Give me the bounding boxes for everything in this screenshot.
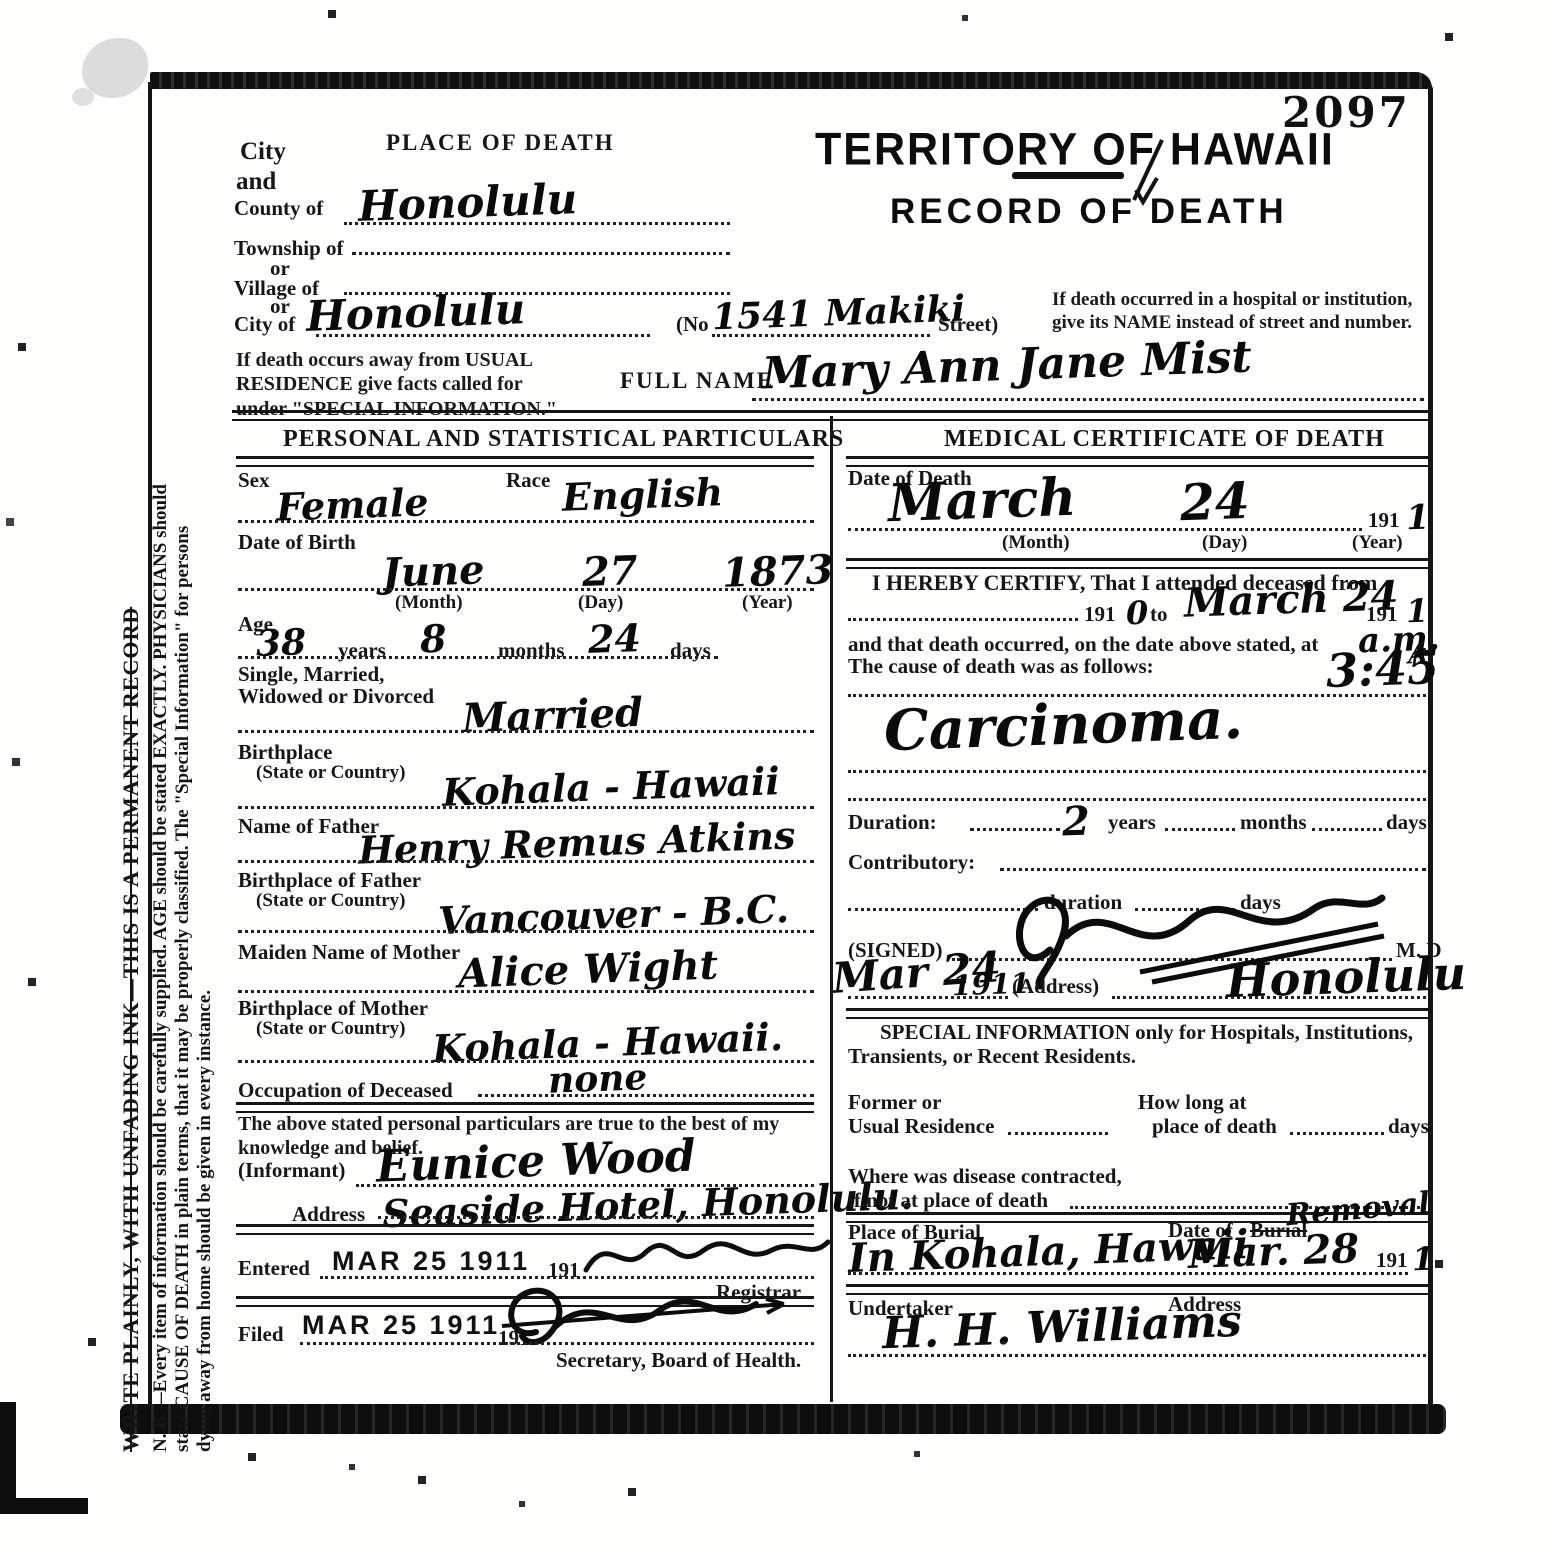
contracted-label2: if not at place of death	[848, 1188, 1048, 1213]
marital-dotted-line	[238, 730, 814, 733]
signed-date-dotted	[848, 996, 1008, 999]
burial-year-prefix: 191	[1376, 1248, 1408, 1273]
address-value: Honolulu	[1225, 946, 1467, 1008]
birthplace-dotted-line	[238, 806, 814, 809]
special-info-line2: Transients, or Recent Residents.	[848, 1044, 1136, 1069]
burial-year-suffix: 1	[1411, 1240, 1435, 1279]
dod-month-label: (Month)	[1002, 532, 1070, 554]
form-border-bottom	[120, 1404, 1446, 1434]
city-word: City	[240, 138, 286, 166]
dod-year-suffix: 1	[1405, 498, 1430, 539]
dob-day-label: (Day)	[578, 592, 623, 614]
mother-birthplace-dotted-line	[238, 1060, 814, 1063]
burial-rule	[846, 1284, 1428, 1295]
cause-dotted-line-2	[848, 770, 1426, 773]
howlong-label1: How long at	[1138, 1090, 1247, 1115]
contributory-dotted	[1000, 868, 1426, 871]
dod-year-prefix: 191	[1368, 508, 1400, 533]
special-info-line1: SPECIAL INFORMATION only for Hospitals, …	[880, 1020, 1413, 1045]
record-title: RECORD OF DEATH	[890, 192, 1288, 232]
dod-day-label: (Day)	[1202, 532, 1247, 554]
margin-note-line2: N. B.—Every item of information should b…	[150, 214, 172, 1452]
mother-birthplace-state-label: (State or Country)	[256, 1018, 406, 1040]
mother-dotted-line	[238, 990, 814, 993]
former-residence-dotted	[1008, 1132, 1108, 1135]
scan-black-corner-mark2	[0, 1498, 88, 1514]
cause-line: The cause of death was as follows:	[848, 654, 1154, 679]
secretary-signature	[500, 1270, 800, 1360]
attended-from-year-prefix: 191	[1084, 602, 1116, 627]
father-birthplace-dotted-line	[238, 930, 814, 933]
attended-to-label: to	[1150, 602, 1168, 627]
margin-instructions: WRITE PLAINLY, WITH UNFADING INK—THIS IS…	[118, 214, 230, 1452]
burial-dotted	[848, 1272, 1408, 1275]
full-name-dotted-line	[752, 398, 1424, 401]
marital-label-2: Widowed or Divorced	[238, 684, 434, 709]
former-residence-label1: Former or	[848, 1090, 941, 1115]
occupation-label: Occupation of Deceased	[238, 1078, 453, 1103]
dob-dotted-line	[238, 588, 814, 591]
contributory-label: Contributory:	[848, 850, 975, 875]
filed-date-stamp: MAR 25 1911	[302, 1310, 500, 1341]
dod-year-label: (Year)	[1352, 532, 1403, 554]
dod-rule	[846, 558, 1428, 569]
duration-years-label: years	[1108, 810, 1156, 835]
territory-title: TERRITORY OF HAWAII	[815, 125, 1335, 176]
occupation-dotted-line	[478, 1094, 814, 1097]
margin-note-line4: dying away from home should be given in …	[194, 214, 216, 1452]
filed-label: Filed	[238, 1322, 284, 1347]
duration-months-label: months	[1240, 810, 1307, 835]
marital-value: Married	[461, 689, 643, 742]
entered-label: Entered	[238, 1256, 310, 1281]
medical-section-title: MEDICAL CERTIFICATE OF DEATH	[944, 426, 1385, 453]
duration-dotted-3	[1312, 828, 1382, 831]
father-birthplace-state-label: (State or Country)	[256, 890, 406, 912]
dob-year-label: (Year)	[742, 592, 793, 614]
burial-date-value: Mar. 28	[1187, 1225, 1360, 1278]
full-name-value: Mary Ann Jane Mist	[761, 331, 1252, 399]
race-value: English	[561, 469, 724, 520]
former-residence-label2: Usual Residence	[848, 1114, 994, 1139]
informant-label: (Informant)	[238, 1158, 345, 1183]
duration-dotted-1	[970, 828, 1060, 831]
death-certificate-scan: WRITE PLAINLY, WITH UNFADING INK—THIS IS…	[0, 0, 1552, 1552]
duration-years-value: 2	[1061, 798, 1090, 846]
watermark-leaf	[82, 38, 148, 98]
age-dotted-line	[238, 656, 718, 659]
father-value: Henry Remus Atkins	[357, 812, 796, 872]
age-days-label: days	[670, 638, 711, 663]
city-dotted-line	[316, 334, 650, 337]
and-word: and	[236, 168, 276, 196]
undertaker-dotted	[848, 1354, 1426, 1357]
personal-section-title: PERSONAL AND STATISTICAL PARTICULARS	[283, 426, 844, 453]
age-months-label: months	[498, 638, 565, 663]
hospital-note: If death occurred in a hospital or insti…	[1052, 288, 1430, 334]
city-of-value: Honolulu	[305, 284, 526, 341]
father-dotted-line	[238, 860, 814, 863]
mother-label: Maiden Name of Mother	[238, 940, 460, 965]
secretary-label: Secretary, Board of Health.	[556, 1348, 801, 1373]
howlong-dotted	[1290, 1132, 1384, 1135]
dod-dotted-line	[848, 528, 1362, 531]
county-dotted-line	[344, 222, 730, 225]
howlong-days-label: days	[1388, 1114, 1429, 1139]
cause-dotted-line-3	[848, 798, 1426, 801]
duration-days-label: days	[1386, 810, 1427, 835]
signed-rule	[846, 1008, 1428, 1019]
place-of-death-heading: PLACE OF DEATH	[386, 130, 615, 156]
age-days-value: 24	[587, 615, 641, 662]
street-dotted-line	[712, 334, 930, 337]
dod-day-value: 24	[1179, 471, 1251, 532]
full-name-label: FULL NAME	[620, 368, 774, 394]
margin-note-line3: state CAUSE OF DEATH in plain terms, tha…	[172, 214, 194, 1452]
territory-underline	[1012, 172, 1124, 179]
attended-from-dotted	[848, 618, 1078, 621]
duration-label: Duration:	[848, 810, 937, 835]
contracted-label1: Where was disease contracted,	[848, 1164, 1122, 1189]
filed-dotted-line	[300, 1342, 814, 1345]
street-label: Street)	[938, 312, 998, 337]
age-months-value: 8	[419, 616, 447, 662]
scan-speck-field	[0, 0, 4, 4]
father-birthplace-value: Vancouver - B.C.	[437, 886, 789, 943]
attended-from-year-suffix: 0	[1125, 594, 1149, 633]
margin-note-line1: WRITE PLAINLY, WITH UNFADING INK—THIS IS…	[118, 214, 144, 1452]
howlong-label2: place of death	[1152, 1114, 1277, 1139]
county-label: County of	[234, 196, 323, 221]
dod-month-value: March	[887, 467, 1077, 535]
race-label: Race	[506, 468, 550, 493]
township-dotted-line	[352, 252, 730, 255]
age-years-label: years	[338, 638, 386, 663]
informant-address-dotted-line	[378, 1216, 814, 1219]
watermark-leaf-stem	[72, 88, 94, 106]
street-no-label: (No	[676, 312, 709, 337]
cause-value: Carcinoma.	[883, 686, 1244, 764]
dob-month-label: (Month)	[395, 592, 463, 614]
sex-race-dotted-line	[238, 520, 814, 523]
street-value: 1541 Makiki	[711, 288, 965, 339]
sex-label: Sex	[238, 468, 270, 493]
dob-label: Date of Birth	[238, 530, 356, 555]
address-label: (Address)	[1012, 974, 1099, 999]
form-border-top	[150, 72, 1432, 89]
city-of-label: City of	[234, 312, 295, 337]
personal-title-rule	[236, 456, 814, 467]
birthplace-state-label: (State or Country)	[256, 762, 406, 784]
time-superscript: A	[1407, 640, 1428, 671]
duration-dotted-2	[1165, 828, 1235, 831]
